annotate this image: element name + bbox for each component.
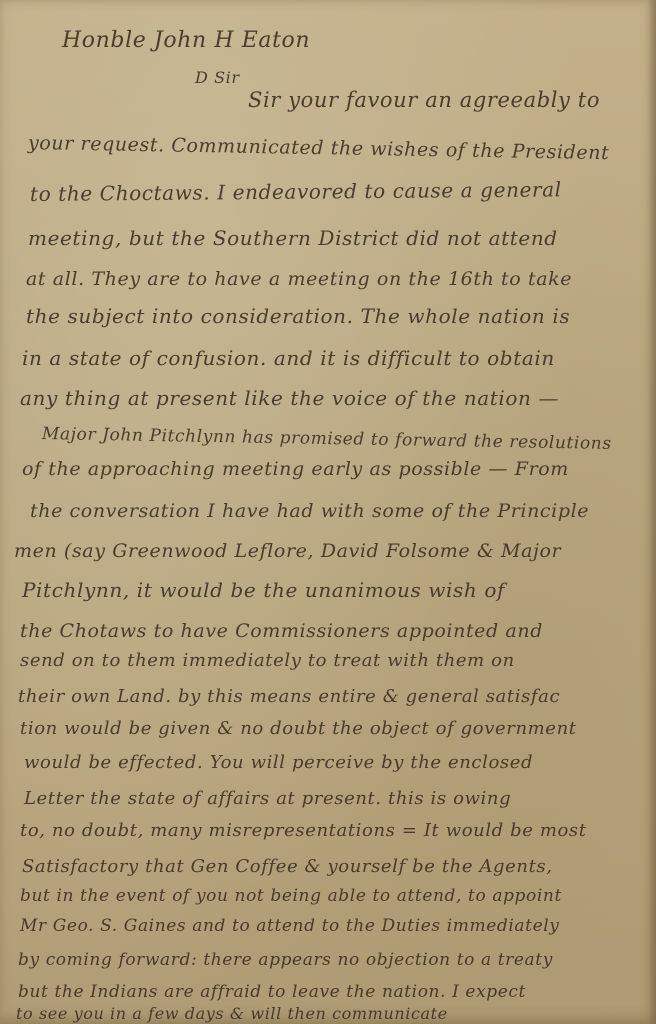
manuscript-page: Honble John H Eaton D Sir Sir your favou… bbox=[0, 0, 656, 1024]
letter-line: men (say Greenwood Leflore, David Folsom… bbox=[14, 540, 561, 562]
letter-line: the Chotaws to have Commissioners appoin… bbox=[20, 620, 543, 642]
letter-line: Mr Geo. S. Gaines and to attend to the D… bbox=[20, 916, 559, 936]
letter-line: by coming forward: there appears no obje… bbox=[18, 950, 553, 970]
letter-line: would be effected. You will perceive by … bbox=[24, 752, 533, 773]
letter-line: Sir your favour an agreeably to bbox=[248, 88, 600, 112]
letter-line: of the approaching meeting early as poss… bbox=[22, 458, 569, 480]
letter-line: Major John Pitchlynn has promised to for… bbox=[42, 424, 612, 454]
salutation-line: D Sir bbox=[195, 68, 240, 87]
letter-line: Satisfactory that Gen Coffee & yourself … bbox=[22, 856, 553, 877]
letter-line: Pitchlynn, it would be the unanimous wis… bbox=[22, 578, 505, 602]
addressee-line: Honble John H Eaton bbox=[62, 28, 310, 53]
letter-line: at all. They are to have a meeting on th… bbox=[26, 268, 572, 290]
letter-line: send on to them immediately to treat wit… bbox=[20, 650, 515, 671]
letter-line: any thing at present like the voice of t… bbox=[20, 386, 559, 410]
letter-line: the conversation I have had with some of… bbox=[30, 500, 589, 522]
letter-line: their own Land. by this means entire & g… bbox=[18, 686, 560, 707]
letter-line: but the Indians are affraid to leave the… bbox=[18, 982, 526, 1002]
page-edge-shadow bbox=[648, 0, 656, 1024]
letter-line: Letter the state of affairs at present. … bbox=[24, 788, 511, 809]
letter-line: in a state of confusion. and it is diffi… bbox=[22, 346, 555, 370]
letter-line: but in the event of you not being able t… bbox=[20, 886, 562, 906]
letter-line: to the Choctaws. I endeavored to cause a… bbox=[30, 177, 562, 206]
letter-line: the subject into consideration. The whol… bbox=[26, 304, 570, 328]
letter-line: your request. Communicated the wishes of… bbox=[28, 132, 610, 164]
letter-line: meeting, but the Southern District did n… bbox=[28, 226, 558, 250]
letter-line: to see you in a few days & will then com… bbox=[16, 1004, 448, 1023]
letter-line: to, no doubt, many misrepresentations = … bbox=[20, 820, 587, 841]
letter-line: tion would be given & no doubt the objec… bbox=[20, 718, 577, 739]
